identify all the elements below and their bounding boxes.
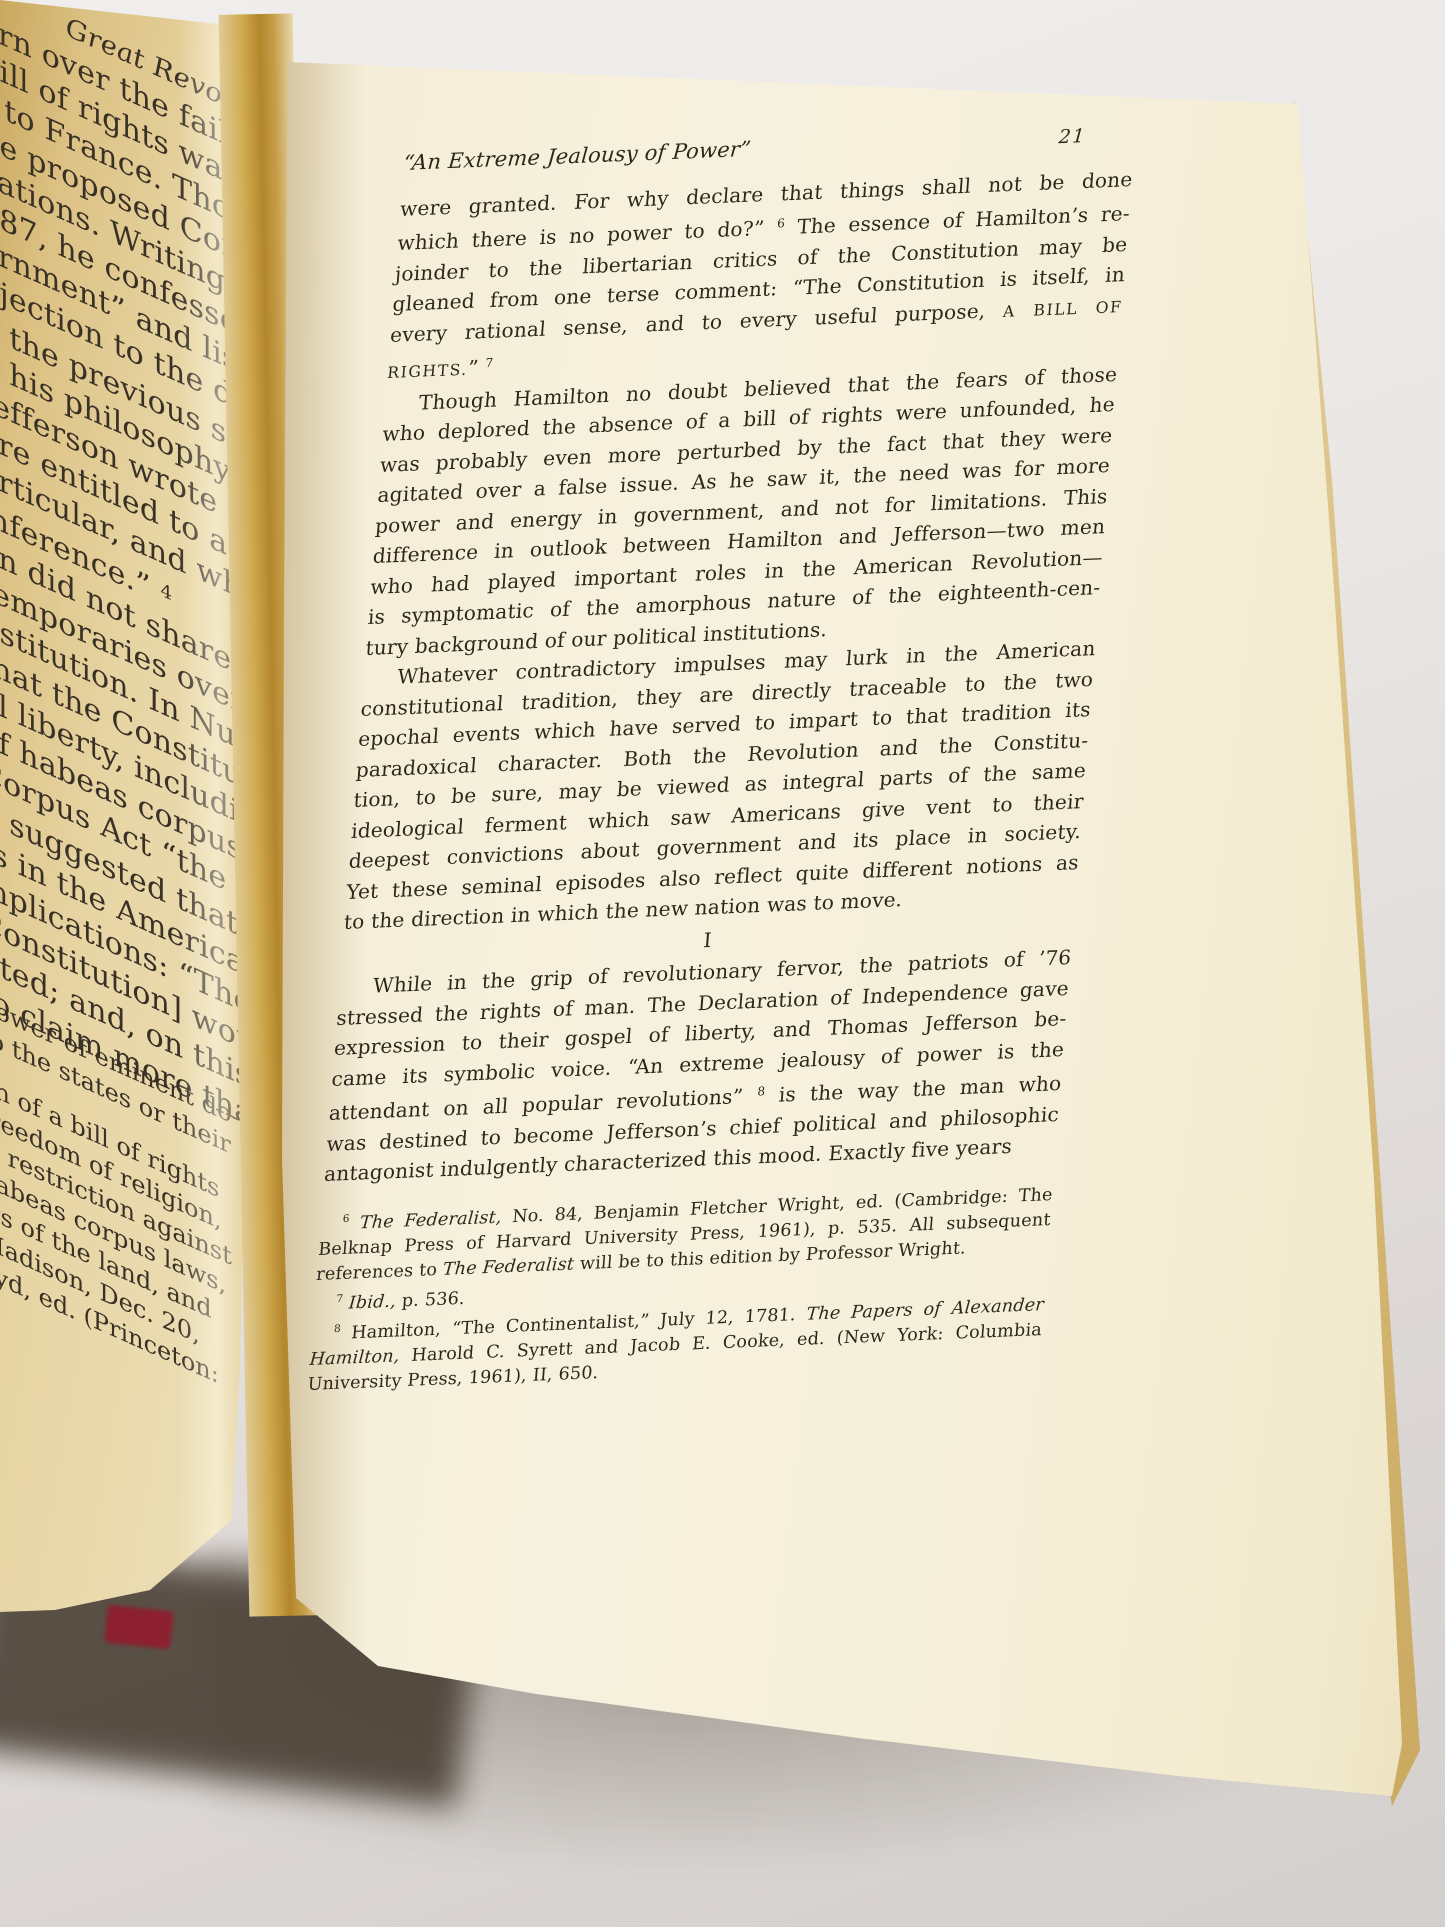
page-number: 21 xyxy=(1057,119,1137,153)
running-header: “An Extreme Jealousy of Power” xyxy=(403,134,753,179)
photo-of-open-book: { "scene": { "background_color": "#e8e5e… xyxy=(0,0,1445,1927)
right-page-text: “An Extreme Jealousy of Power” 21 were g… xyxy=(307,118,1138,1397)
page-footnotes: 6 The Federalist, No. 84, Benjamin Fletc… xyxy=(307,1178,1054,1398)
red-cover-edge xyxy=(104,1605,174,1650)
page-body: were granted. For why declare that thing… xyxy=(323,164,1134,1190)
